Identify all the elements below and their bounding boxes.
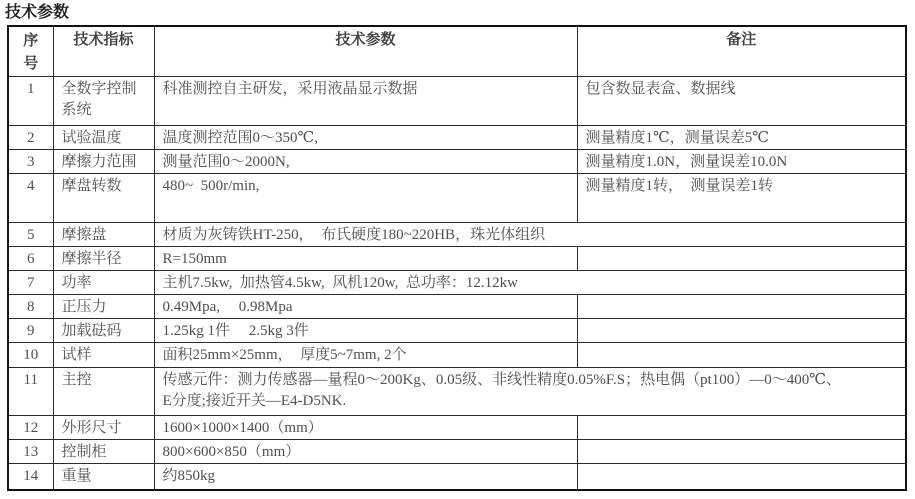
row-indicator-cell: 功率: [53, 271, 154, 295]
table-row: 10试样面积25mm×25mm， 厚度5~7mm, 2个: [8, 343, 906, 368]
row-param-cell: 0.49Mpa, 0.98Mpa: [154, 295, 577, 319]
table-row: 1全数字控制系统科准测控自主研发，采用液晶显示数据包含数显表盒、数据线: [8, 77, 906, 126]
table-row: 13控制柜800×600×850（mm）: [8, 440, 906, 464]
row-param-cell: 约850kg: [154, 464, 577, 490]
row-indicator-cell: 摩盘转数: [53, 174, 154, 223]
row-param-cell: 1.25kg 1件 2.5kg 3件: [154, 319, 577, 343]
row-note-cell: [577, 295, 906, 319]
table-row: 14重量约850kg: [8, 464, 906, 490]
row-number-cell: 6: [8, 247, 53, 271]
row-note-cell: [577, 440, 906, 464]
row-indicator-cell: 控制柜: [53, 440, 154, 464]
row-indicator-cell: 外形尺寸: [53, 416, 154, 440]
row-note-cell: [577, 319, 906, 343]
row-indicator-cell: 加载砝码: [53, 319, 154, 343]
row-number-cell: 9: [8, 319, 53, 343]
table-row: 6摩擦半径R=150mm: [8, 247, 906, 271]
row-note-cell: [577, 416, 906, 440]
row-note-cell: 测量精度1.0N，测量误差10.0N: [577, 150, 906, 174]
tech-params-table: 序号 技术指标 技术参数 备注 1全数字控制系统科准测控自主研发，采用液晶显示数…: [7, 25, 907, 491]
row-indicator-cell: 试验温度: [53, 126, 154, 150]
row-number-cell: 13: [8, 440, 53, 464]
row-param-cell: 1600×1000×1400（mm）: [154, 416, 577, 440]
header-indicator: 技术指标: [53, 26, 154, 77]
row-number-cell: 5: [8, 223, 53, 247]
row-indicator-cell: 摩擦力范围: [53, 150, 154, 174]
row-param-cell: 480~ 500r/min,: [154, 174, 577, 223]
row-param-cell: 800×600×850（mm）: [154, 440, 577, 464]
page: 技术参数 序号 技术指标 技术参数 备注 1全数字控制系统科准测控自主研发，采用…: [0, 0, 915, 499]
row-param-cell: 科准测控自主研发，采用液晶显示数据: [154, 77, 577, 126]
header-row: 序号 技术指标 技术参数 备注: [8, 26, 906, 77]
table-row: 7功率主机7.5kw, 加热管4.5kw, 风机120w, 总功率：12.12k…: [8, 271, 906, 295]
row-number-cell: 11: [8, 368, 53, 416]
row-number-cell: 3: [8, 150, 53, 174]
row-indicator-cell: 全数字控制系统: [53, 77, 154, 126]
row-param-cell: 材质为灰铸铁HT-250， 布氏硬度180~220HB，珠光体组织: [154, 223, 906, 247]
row-param-cell: 主机7.5kw, 加热管4.5kw, 风机120w, 总功率：12.12kw: [154, 271, 906, 295]
row-note-cell: 包含数显表盒、数据线: [577, 77, 906, 126]
row-indicator-cell: 摩擦盘: [53, 223, 154, 247]
table-row: 12外形尺寸1600×1000×1400（mm）: [8, 416, 906, 440]
row-number-cell: 10: [8, 343, 53, 368]
table-row: 11主控传感元件：测力传感器—量程0～200Kg、0.05级、非线性精度0.05…: [8, 368, 906, 416]
row-number-cell: 12: [8, 416, 53, 440]
table-row: 8正压力0.49Mpa, 0.98Mpa: [8, 295, 906, 319]
page-title: 技术参数: [0, 0, 915, 25]
table-row: 2试验温度温度测控范围0～350℃,测量精度1℃，测量误差5℃: [8, 126, 906, 150]
row-number-cell: 7: [8, 271, 53, 295]
row-param-cell: R=150mm: [154, 247, 577, 271]
table-row: 9加载砝码1.25kg 1件 2.5kg 3件: [8, 319, 906, 343]
header-note: 备注: [577, 26, 906, 77]
header-no: 序号: [8, 26, 53, 77]
row-indicator-cell: 主控: [53, 368, 154, 416]
row-number-cell: 1: [8, 77, 53, 126]
row-indicator-cell: 正压力: [53, 295, 154, 319]
row-number-cell: 2: [8, 126, 53, 150]
table-row: 3摩擦力范围测量范围0～2000N,测量精度1.0N，测量误差10.0N: [8, 150, 906, 174]
row-indicator-cell: 摩擦半径: [53, 247, 154, 271]
row-param-cell: 温度测控范围0～350℃,: [154, 126, 577, 150]
row-param-cell: 传感元件：测力传感器—量程0～200Kg、0.05级、非线性精度0.05%F.S…: [154, 368, 906, 416]
row-note-cell: 测量精度1转， 测量误差1转: [577, 174, 906, 223]
row-number-cell: 8: [8, 295, 53, 319]
row-note-cell: [577, 247, 906, 271]
row-note-cell: 测量精度1℃，测量误差5℃: [577, 126, 906, 150]
row-param-cell: 面积25mm×25mm， 厚度5~7mm, 2个: [154, 343, 577, 368]
row-indicator-cell: 试样: [53, 343, 154, 368]
table-row: 5摩擦盘材质为灰铸铁HT-250， 布氏硬度180~220HB，珠光体组织: [8, 223, 906, 247]
row-number-cell: 14: [8, 464, 53, 490]
row-note-cell: [577, 464, 906, 490]
row-note-cell: [577, 343, 906, 368]
table-row: 4摩盘转数480~ 500r/min,测量精度1转， 测量误差1转: [8, 174, 906, 223]
row-indicator-cell: 重量: [53, 464, 154, 490]
header-param: 技术参数: [154, 26, 577, 77]
row-number-cell: 4: [8, 174, 53, 223]
header-no-label: 序号: [22, 30, 39, 76]
row-param-cell: 测量范围0～2000N,: [154, 150, 577, 174]
